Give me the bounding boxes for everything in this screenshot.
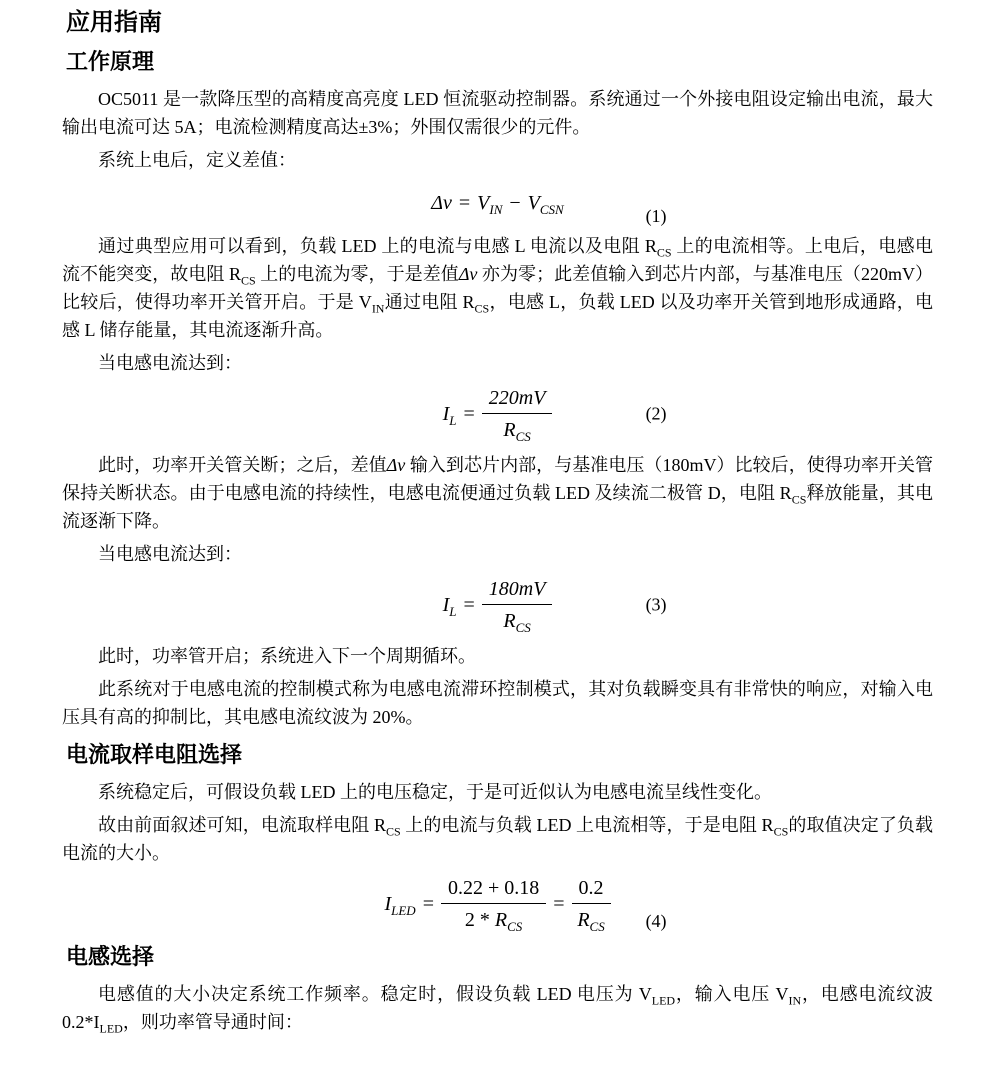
section-working-principle: 工作原理 OC5011 是一款降压型的高精度高亮度 LED 恒流驱动控制器。系统… [62, 48, 933, 731]
fraction-denominator: RCS [577, 904, 604, 933]
equation-1-expression: Δv = VIN − VCSN [431, 192, 563, 215]
paragraph-system-stable: 系统稳定后，可假设负载 LED 上的电压稳定，于是可近似认为电感电流呈线性变化。 [62, 778, 933, 806]
section-inductor-selection: 电感选择 电感值的大小决定系统工作频率。稳定时，假设负载 LED 电压为 VLE… [62, 943, 933, 1036]
paragraph-inductor-frequency: 电感值的大小决定系统工作频率。稳定时，假设负载 LED 电压为 VLED，输入电… [62, 980, 933, 1036]
math-var-subscript: CS [590, 919, 605, 934]
fraction: 0.2 RCS [572, 875, 611, 933]
equation-1: Δv = VIN − VCSN (1) [62, 182, 933, 224]
paragraph-inductor-current-reaches-2: 当电感电流达到： [62, 540, 933, 568]
paragraph-hysteresis-mode: 此系统对于电感电流的控制模式称为电感电流滞环控制模式，其对负载瞬变具有非常快的响… [62, 675, 933, 731]
math-minus-sign: − [509, 192, 520, 215]
math-var-subscript: CS [516, 620, 531, 635]
section-sampling-resistor: 电流取样电阻选择 系统稳定后，可假设负载 LED 上的电压稳定，于是可近似认为电… [62, 741, 933, 933]
fraction-numerator: 0.22 + 0.18 [441, 875, 546, 904]
paragraph-define-delta: 系统上电后，定义差值： [62, 146, 933, 174]
equation-2: IL = 220mV RCS (2) [62, 385, 933, 443]
math-var-vcsn: VCSN [528, 192, 564, 215]
paragraph-switch-on-cycle: 此时，功率管开启；系统进入下一个周期循环。 [62, 642, 933, 670]
math-var-subscript: L [449, 413, 456, 428]
math-equals-sign: = [463, 594, 474, 617]
math-equals-sign: = [463, 403, 474, 426]
math-var-base: R [495, 909, 507, 931]
section-heading-sampling-resistor: 电流取样电阻选择 [66, 741, 933, 769]
application-note-page: 应用指南 工作原理 OC5011 是一款降压型的高精度高亮度 LED 恒流驱动控… [0, 0, 991, 1036]
doc-title: 应用指南 [66, 8, 933, 38]
math-coefficient: 2 * [465, 909, 495, 931]
math-var-base: R [503, 610, 515, 632]
fraction: 0.22 + 0.18 2 * RCS [441, 875, 546, 933]
paragraph-inductor-current-reaches-1: 当电感电流达到： [62, 349, 933, 377]
fraction-denominator: 2 * RCS [465, 904, 522, 933]
math-var-subscript: IN [489, 202, 502, 217]
math-equals-sign: = [459, 192, 470, 215]
math-var-subscript: LED [391, 903, 416, 918]
math-var-base: R [577, 909, 589, 931]
math-equals-sign: = [553, 893, 564, 916]
math-var-base: R [503, 419, 515, 441]
paragraph-typical-application: 通过典型应用可以看到，负载 LED 上的电流与电感 L 电流以及电阻 RCS 上… [62, 232, 933, 344]
equation-3-expression: IL = 180mV RCS [443, 576, 553, 634]
fraction-numerator: 220mV [482, 385, 553, 414]
math-delta-v: Δv [431, 192, 452, 215]
fraction-numerator: 0.2 [572, 875, 611, 904]
math-var-subscript: CS [516, 429, 531, 444]
math-var-base: V [528, 192, 540, 214]
math-var-il: IL [443, 594, 457, 617]
equation-2-expression: IL = 220mV RCS [443, 385, 553, 443]
equation-2-number: (2) [646, 404, 667, 425]
math-var-subscript: L [449, 604, 456, 619]
paragraph-intro: OC5011 是一款降压型的高精度高亮度 LED 恒流驱动控制器。系统通过一个外… [62, 85, 933, 141]
equation-4-number: (4) [646, 911, 667, 932]
fraction-denominator: RCS [503, 414, 530, 443]
equation-3-number: (3) [646, 595, 667, 616]
math-equals-sign: = [423, 893, 434, 916]
equation-1-number: (1) [646, 206, 667, 227]
paragraph-resistor-value: 故由前面叙述可知，电流取样电阻 RCS 上的电流与负载 LED 上电流相等，于是… [62, 811, 933, 867]
math-var-iled: ILED [384, 893, 415, 916]
math-var-subscript: CSN [540, 202, 564, 217]
fraction-denominator: RCS [503, 605, 530, 634]
section-heading-inductor-selection: 电感选择 [66, 943, 933, 971]
equation-4: ILED = 0.22 + 0.18 2 * RCS = 0.2 RCS (4) [62, 875, 933, 933]
math-var-subscript: CS [507, 919, 522, 934]
fraction: 180mV RCS [482, 576, 553, 634]
section-heading-working-principle: 工作原理 [66, 48, 933, 76]
equation-4-expression: ILED = 0.22 + 0.18 2 * RCS = 0.2 RCS [384, 875, 610, 933]
fraction: 220mV RCS [482, 385, 553, 443]
fraction-numerator: 180mV [482, 576, 553, 605]
math-var-vin: VIN [477, 192, 502, 215]
equation-3: IL = 180mV RCS (3) [62, 576, 933, 634]
math-var-il: IL [443, 403, 457, 426]
paragraph-switch-off: 此时，功率开关管关断；之后，差值Δv 输入到芯片内部，与基准电压（180mV）比… [62, 451, 933, 535]
math-var-base: V [477, 192, 489, 214]
